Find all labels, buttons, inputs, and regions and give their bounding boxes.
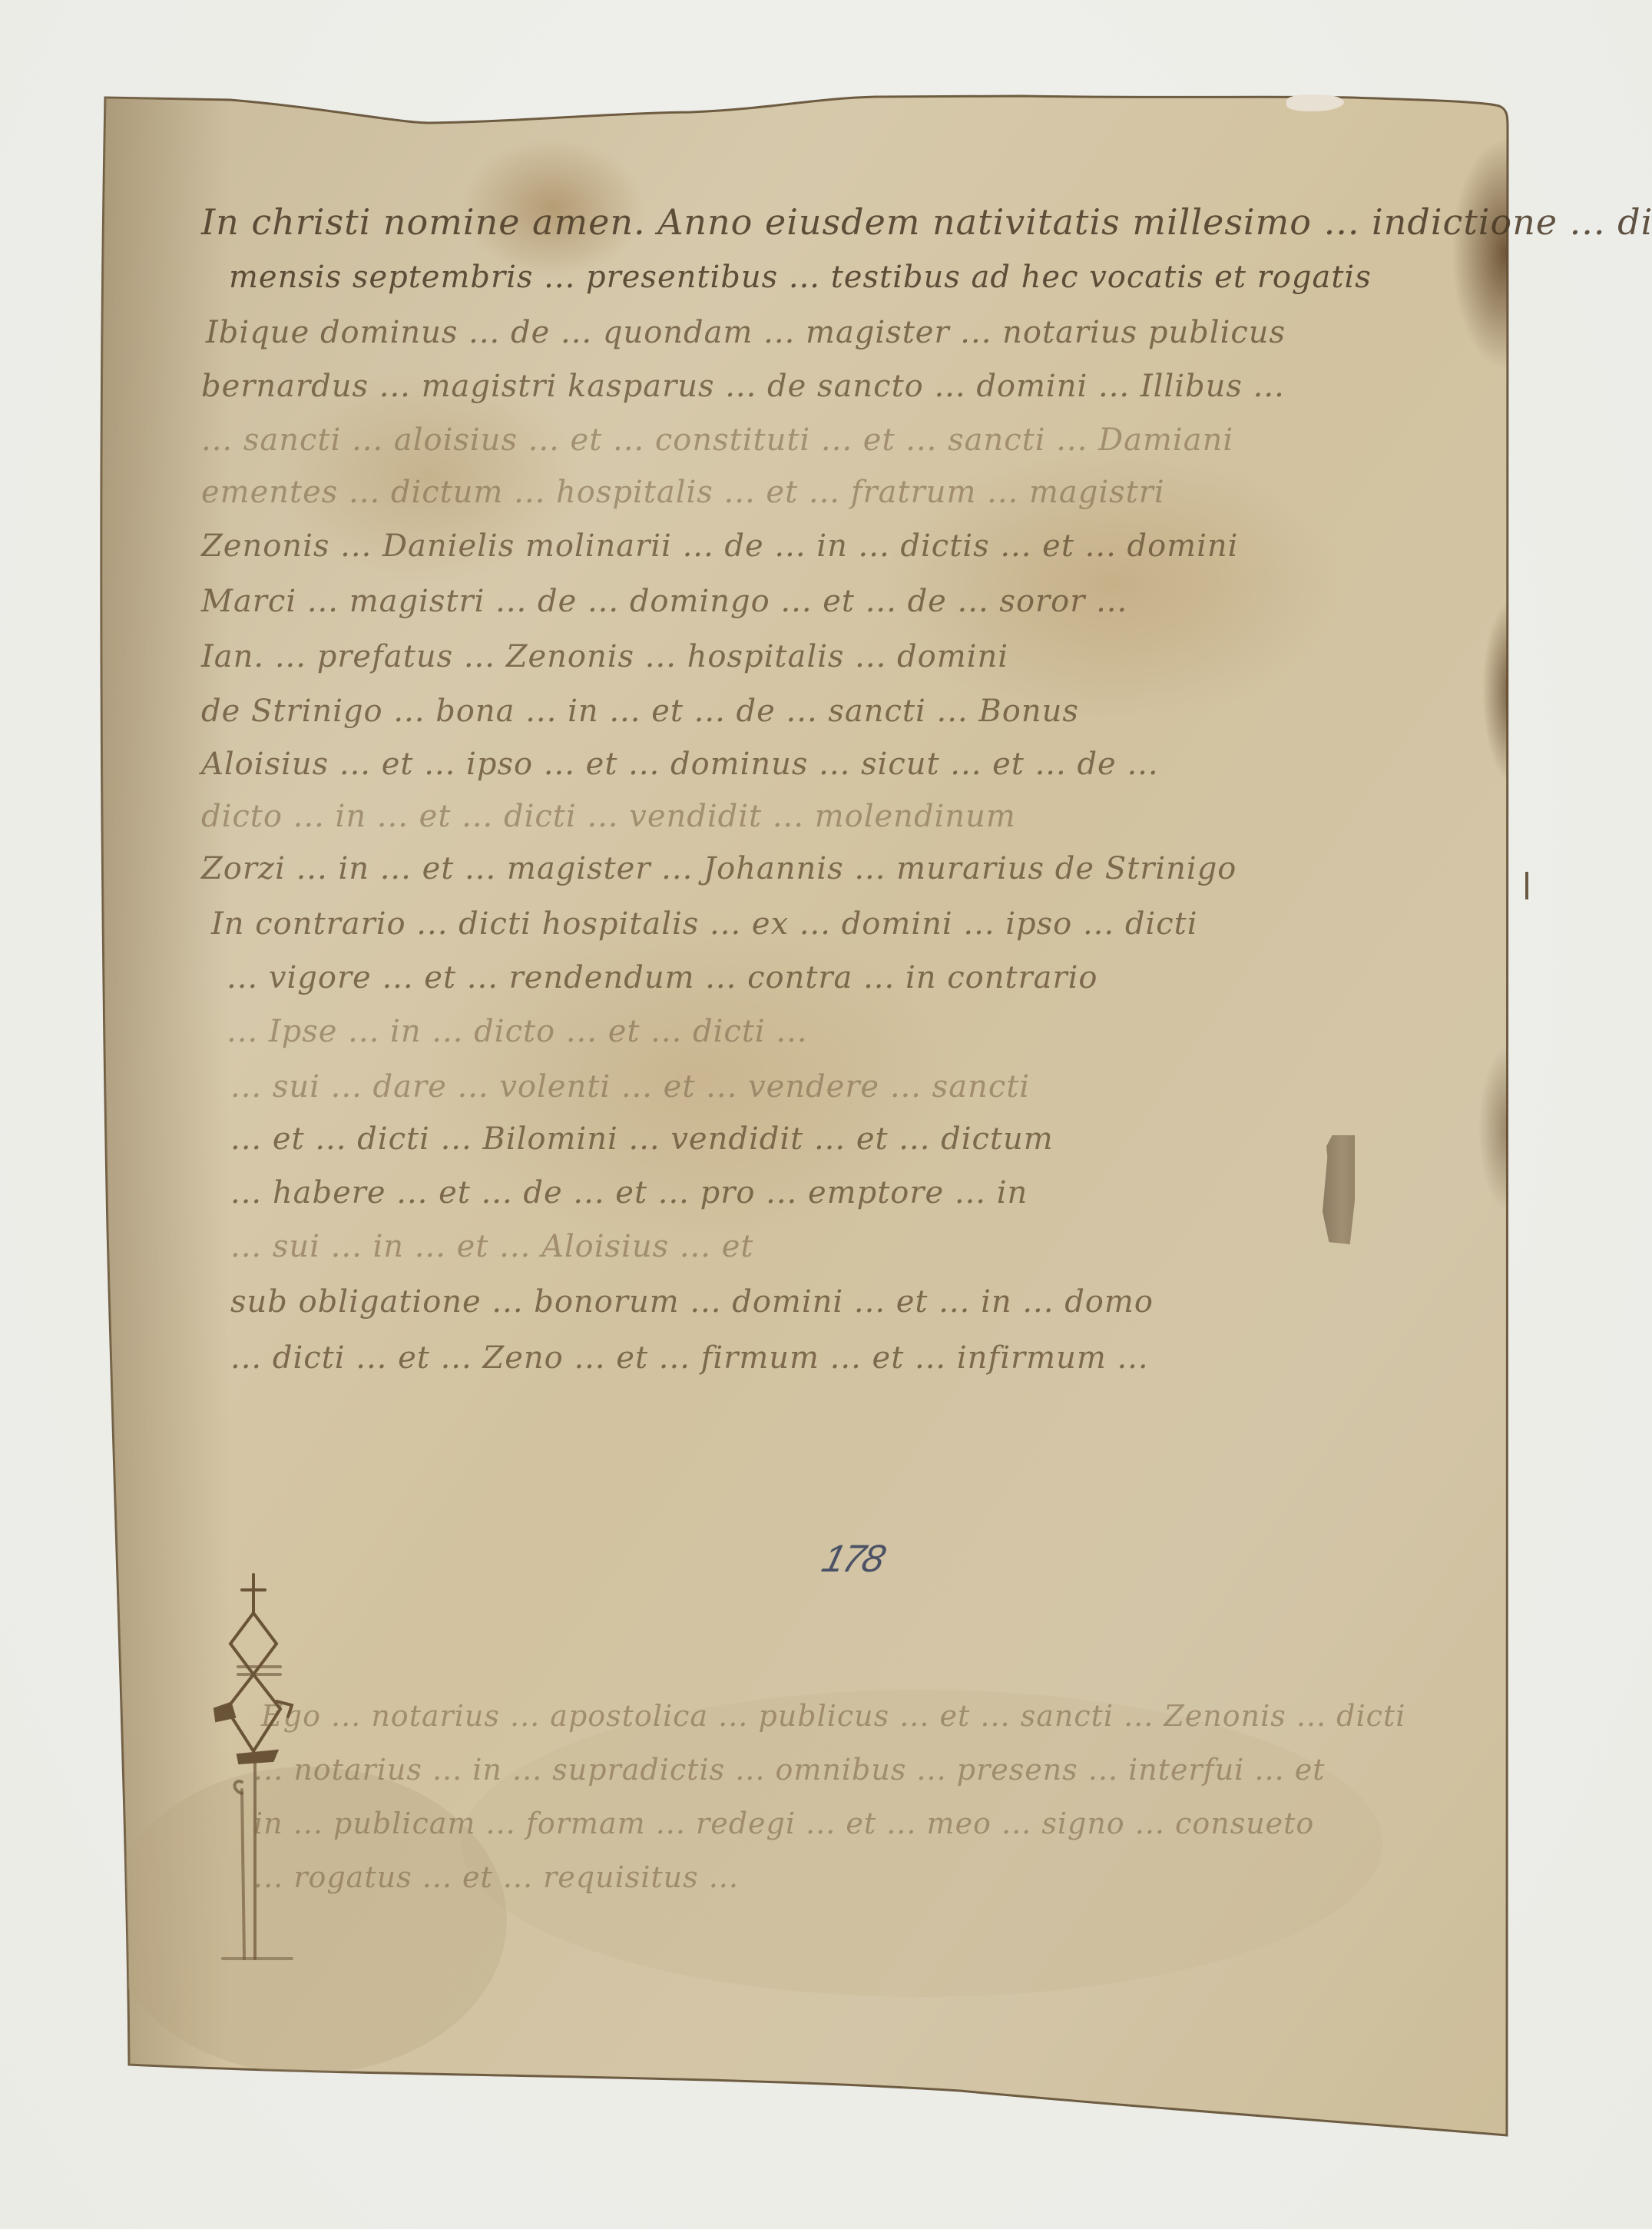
- text-line: ementes ... dictum ... hospitalis ... et…: [201, 475, 1165, 510]
- text-line: Ian. ... prefatus ... Zenonis ... hospit…: [201, 639, 1008, 674]
- text-line: Zorzi ... in ... et ... magister ... Joh…: [201, 851, 1237, 886]
- text-line: ... vigore ... et ... rendendum ... cont…: [227, 960, 1098, 995]
- text-line: ... habere ... et ... de ... et ... pro …: [230, 1175, 1028, 1211]
- text-line: dicto ... in ... et ... dicti ... vendid…: [201, 799, 1016, 834]
- margin-mark: [1525, 872, 1528, 899]
- text-line: ... sui ... dare ... volenti ... et ... …: [230, 1069, 1030, 1105]
- text-line: ... Ipse ... in ... dicto ... et ... dic…: [227, 1014, 808, 1049]
- subscription-line: Ego ... notarius ... apostolica ... publ…: [261, 1699, 1405, 1733]
- text-line: In christi nomine amen. Anno eiusdem nat…: [201, 201, 1652, 243]
- text-line: sub obligatione ... bonorum ... domini .…: [230, 1284, 1154, 1320]
- text-line: Zenonis ... Danielis molinarii ... de ..…: [201, 528, 1238, 564]
- subscription-line: in ... publicam ... formam ... redegi ..…: [253, 1807, 1314, 1840]
- text-line: Ibique dominus ... de ... quondam ... ma…: [206, 315, 1286, 350]
- subscription-line: ... rogatus ... et ... requisitus ...: [253, 1860, 739, 1894]
- text-line: bernardus ... magistri kasparus ... de s…: [201, 369, 1285, 404]
- text-line: ... dicti ... et ... Zeno ... et ... fir…: [230, 1340, 1149, 1376]
- folio-number: 178: [818, 1536, 889, 1581]
- subscription-line: ... notarius ... in ... supradictis ... …: [253, 1753, 1325, 1787]
- text-line: mensis septembris ... presentibus ... te…: [229, 260, 1372, 295]
- parchment-repair-patch: [1323, 1135, 1355, 1244]
- text-line: Aloisius ... et ... ipso ... et ... domi…: [201, 747, 1159, 782]
- text-line: Marci ... magistri ... de ... domingo ..…: [201, 584, 1127, 619]
- text-line: ... sui ... in ... et ... Aloisius ... e…: [230, 1229, 753, 1264]
- text-line: ... sancti ... aloisius ... et ... const…: [201, 422, 1233, 458]
- notary-sign-icon: [207, 1559, 307, 1989]
- text-line: de Strinigo ... bona ... in ... et ... d…: [201, 694, 1079, 729]
- text-line: In contrario ... dicti hospitalis ... ex…: [211, 906, 1198, 942]
- text-line: ... et ... dicti ... Bilomini ... vendid…: [230, 1121, 1054, 1157]
